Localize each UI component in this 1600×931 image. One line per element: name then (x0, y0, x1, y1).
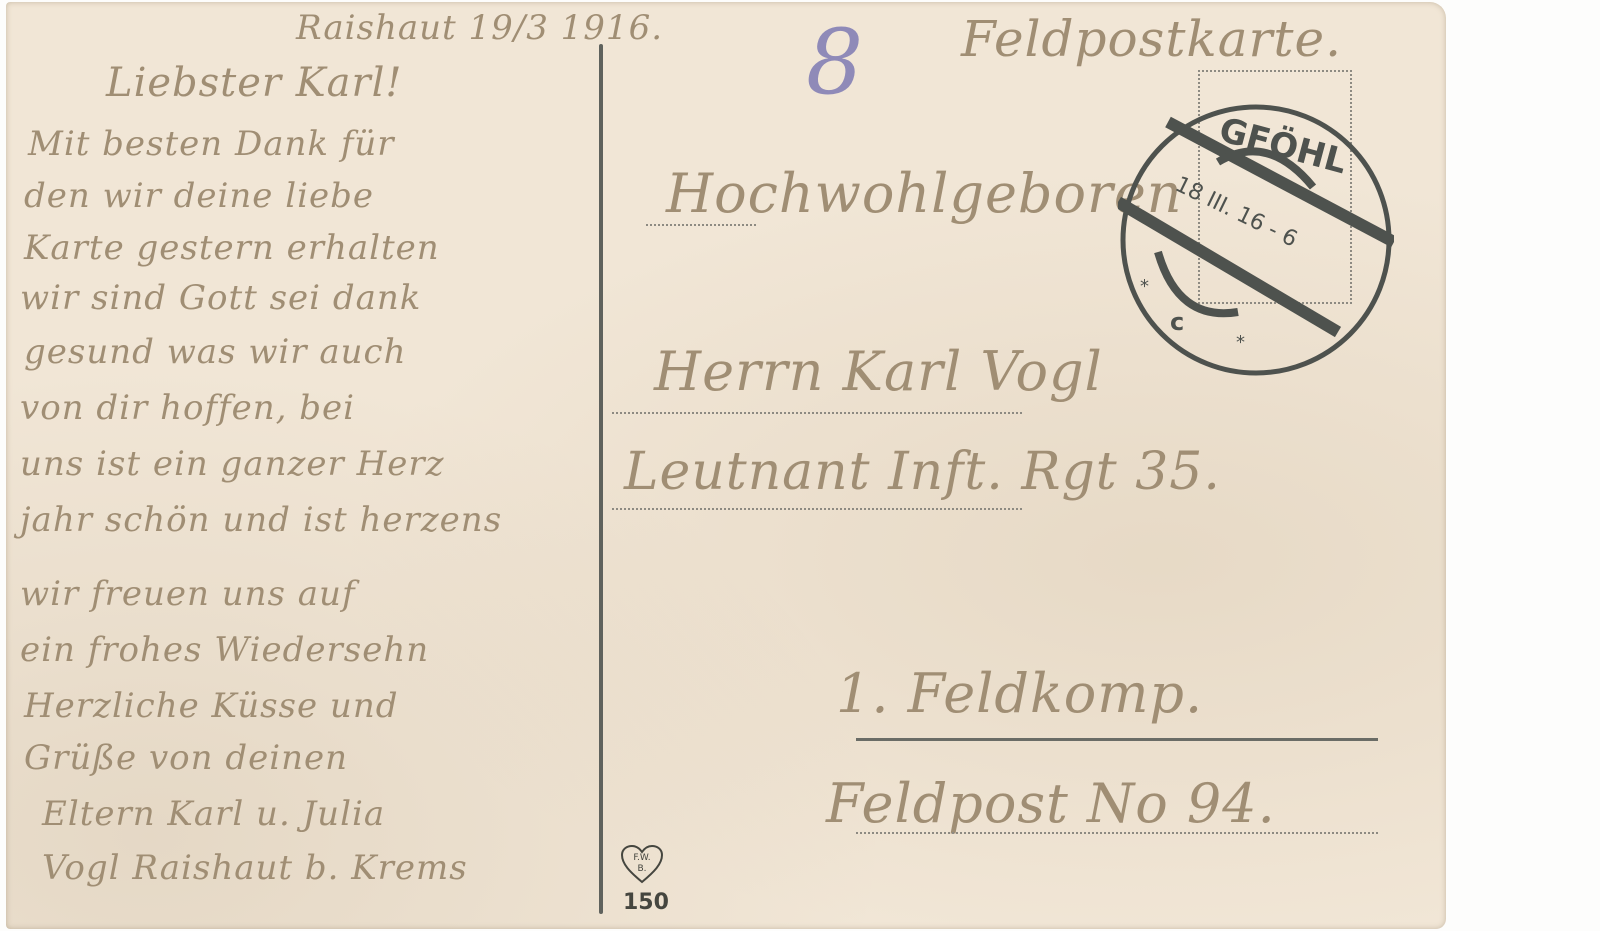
publisher-heart-logo-icon: F.W. B. (620, 844, 664, 884)
salutation: Hochwohlgeboren (666, 162, 1183, 225)
postcard: Raishaut 19/3 1916. Liebster Karl! Mit b… (6, 2, 1446, 929)
recipient-line: Leutnant Inft. Rgt 35. (624, 442, 1221, 502)
message-line: wir sind Gott sei dank (20, 274, 421, 322)
message-line: Herzliche Küsse und (24, 682, 399, 730)
message-line: jahr schön und ist herzens (20, 496, 502, 544)
message-line: wir freuen uns auf (20, 570, 356, 618)
publisher-number: 150 (623, 890, 669, 915)
center-divider (599, 44, 603, 914)
message-line: gesund was wir auch (24, 328, 406, 376)
address-dotted-line (612, 412, 1022, 414)
message-line: Karte gestern erhalten (24, 224, 440, 272)
svg-text:GFÖHL: GFÖHL (1215, 109, 1351, 182)
address-dotted-line (856, 832, 1378, 834)
message-line: ein frohes Wiedersehn (20, 626, 429, 674)
svg-text:B.: B. (637, 864, 646, 874)
message-line: von dir hoffen, bei (20, 384, 355, 432)
recipient-line: Herrn Karl Vogl (654, 340, 1103, 403)
recipient-line: Feldpost No 94. (826, 772, 1276, 835)
address-solid-line (856, 738, 1378, 741)
pencil-mark: 8 (806, 10, 863, 115)
date-line: Raishaut 19/3 1916. (296, 8, 663, 48)
message-line: uns ist ein ganzer Herz (20, 440, 445, 488)
greeting: Liebster Karl! (106, 60, 402, 106)
signature-line: Eltern Karl u. Julia (42, 790, 385, 838)
message-line: Grüße von deinen (24, 734, 348, 782)
feldpost-header: Feldpostkarte. (961, 10, 1342, 68)
message-line: Mit besten Dank für (28, 120, 395, 168)
svg-text:c: c (1170, 308, 1184, 336)
svg-text:*: * (1140, 276, 1149, 297)
svg-text:F.W.: F.W. (633, 853, 650, 863)
recipient-line: 1. Feldkomp. (836, 662, 1203, 725)
postmark-gfoehl: GFÖHL 18 III. 16 - 6 c * * (1118, 102, 1394, 378)
signature-line: Vogl Raishaut b. Krems (42, 844, 468, 892)
message-line: den wir deine liebe (24, 172, 374, 220)
address-dotted-line (612, 508, 1022, 510)
address-dotted-line (646, 224, 756, 226)
svg-text:*: * (1236, 332, 1245, 353)
